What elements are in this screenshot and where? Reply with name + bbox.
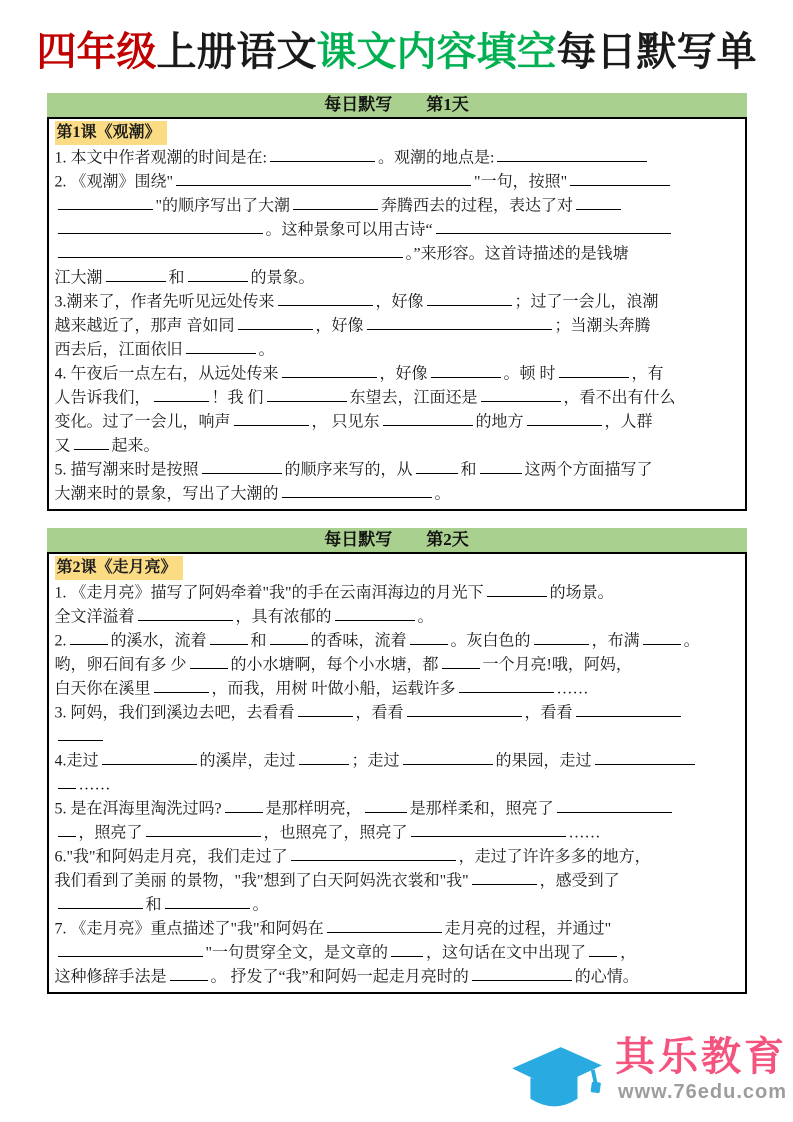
line-text: 的景象。 — [251, 269, 315, 286]
fill-blank — [403, 748, 493, 765]
line-text: 7. 《走月亮》重点描述了"我"和阿妈在 — [55, 920, 324, 937]
line-text: 。”来形容。这首诗描述的是钱塘 — [406, 245, 629, 262]
line-text: 的顺序来写的，从 — [285, 461, 413, 478]
fill-blank — [557, 796, 672, 813]
fill-blank — [270, 145, 375, 162]
fill-blank — [527, 409, 602, 426]
line-text: 。这种景象可以用古诗“ — [266, 221, 433, 238]
fill-blank — [559, 361, 629, 378]
line-text: 奔腾西去的过程，表达了对 — [381, 197, 573, 214]
worksheet-line: 和。 — [55, 892, 739, 916]
worksheet-line — [55, 724, 739, 748]
fill-blank — [595, 748, 695, 765]
worksheet-line: 我们看到了美丽 的景物，"我"想到了白天阿妈洗衣裳和"我"，感受到了 — [55, 868, 739, 892]
title-segment: 每日默写单 — [557, 30, 757, 74]
fill-blank — [298, 700, 353, 717]
line-text: 2. — [55, 632, 67, 649]
fill-blank — [58, 241, 403, 258]
fill-blank — [416, 457, 458, 474]
lesson-title: 第2课《走月亮》 — [55, 556, 183, 580]
worksheet-line: 人告诉我们，！我 们东望去，江面还是，看不出有什么 — [55, 385, 739, 409]
line-text: 变化。过了一会儿，响声 — [55, 413, 231, 430]
sections: 每日默写 第1天第1课《观潮》1. 本文中作者观潮的时间是在:。观潮的地点是:2… — [47, 93, 747, 994]
worksheet-line: 1. 本文中作者观潮的时间是在:。观潮的地点是: — [55, 145, 739, 169]
line-text: 西去后，江面依旧 — [55, 341, 183, 358]
fill-blank — [58, 892, 143, 909]
line-text: 一个月亮!哦，阿妈， — [483, 656, 632, 673]
question-box: 第2课《走月亮》1. 《走月亮》描写了阿妈牵着"我"的手在云南洱海边的月光下的场… — [47, 552, 747, 994]
line-text: 和 — [251, 632, 267, 649]
fill-blank — [570, 169, 670, 186]
line-text: ，人群 — [605, 413, 653, 430]
fill-blank — [176, 169, 471, 186]
line-text: 的溪岸，走过 — [200, 752, 296, 769]
worksheet-line: 7. 《走月亮》重点描述了"我"和阿妈在走月亮的过程，并通过" — [55, 916, 739, 940]
fill-blank — [190, 652, 228, 669]
line-text: "一句贯穿全文，是文章的 — [206, 944, 389, 961]
fill-blank — [202, 457, 282, 474]
fill-blank — [138, 604, 233, 621]
line-text: 和 — [146, 896, 162, 913]
fill-blank — [278, 289, 373, 306]
worksheet-line: 又起来。 — [55, 433, 739, 457]
worksheet-line: 3.潮来了，作者先听见远处传来，好像；过了一会儿，浪潮 — [55, 289, 739, 313]
line-text: ，看看 — [525, 704, 573, 721]
line-text: 是那样明亮， — [266, 800, 362, 817]
fill-blank — [436, 217, 671, 234]
fill-blank — [391, 940, 423, 957]
line-text: ，布满 — [592, 632, 640, 649]
section-header: 每日默写 第2天 — [47, 528, 747, 552]
line-text: 4. 午夜后一点左右，从远处传来 — [55, 365, 279, 382]
fill-blank — [106, 265, 166, 282]
line-text: ，而我，用树 叶做小船，运载许多 — [212, 680, 456, 697]
fill-blank — [58, 820, 76, 837]
graduation-cap-icon — [505, 1038, 609, 1114]
line-text: ， 只见东 — [312, 413, 380, 430]
question-box: 第1课《观潮》1. 本文中作者观潮的时间是在:。观潮的地点是:2. 《观潮》围绕… — [47, 117, 747, 511]
worksheet-line: 大潮来时的景象，写出了大潮的。 — [55, 481, 739, 505]
line-text: ；当潮头奔腾 — [555, 317, 651, 334]
fill-blank — [188, 265, 248, 282]
line-text: ，看不出有什么 — [564, 389, 676, 406]
worksheet-line: 越来越近了，那声 音如同，好像；当潮头奔腾 — [55, 313, 739, 337]
fill-blank — [186, 337, 256, 354]
line-text: ，这句话在文中出现了 — [426, 944, 586, 961]
fill-blank — [225, 796, 263, 813]
worksheet-line: 哟，卵石间有多 少的小水塘啊，每个小水塘，都一个月亮!哦，阿妈， — [55, 652, 739, 676]
worksheet-section: 每日默写 第2天第2课《走月亮》1. 《走月亮》描写了阿妈牵着"我"的手在云南洱… — [47, 528, 747, 994]
fill-blank — [365, 796, 407, 813]
line-text: 3. 阿妈，我们到溪边去吧，去看看 — [55, 704, 295, 721]
line-text: 的地方 — [476, 413, 524, 430]
line-text: ， — [620, 944, 636, 961]
line-text: 越来越近了，那声 音如同 — [55, 317, 235, 334]
fill-blank — [58, 772, 76, 789]
fill-blank — [234, 409, 309, 426]
line-text: 走月亮的过程，并通过" — [445, 920, 612, 937]
line-text: 这两个方面描写了 — [525, 461, 653, 478]
fill-blank — [335, 604, 415, 621]
worksheet-line: 西去后，江面依旧。 — [55, 337, 739, 361]
fill-blank — [589, 940, 617, 957]
worksheet-line: 2. 《观潮》围绕""一句，按照" — [55, 169, 739, 193]
fill-blank — [431, 361, 501, 378]
worksheet-line: 5. 描写潮来时是按照的顺序来写的，从和这两个方面描写了 — [55, 457, 739, 481]
line-text: 和 — [461, 461, 477, 478]
line-text: 人告诉我们， — [55, 389, 151, 406]
line-text: ，走过了许许多多的地方， — [459, 848, 651, 865]
line-text: 我们看到了美丽 的景物，"我"想到了白天阿妈洗衣裳和"我" — [55, 872, 469, 889]
line-text: ；过了一会儿，浪潮 — [515, 293, 659, 310]
line-text: ，有 — [632, 365, 664, 382]
line-text: ，看看 — [356, 704, 404, 721]
line-text: ，具有浓郁的 — [236, 608, 332, 625]
fill-blank — [282, 481, 432, 498]
fill-blank — [291, 844, 456, 861]
line-text: "的顺序写出了大潮 — [156, 197, 291, 214]
line-text: ；走过 — [352, 752, 400, 769]
line-text: 的心情。 — [575, 968, 639, 985]
line-text: …… — [79, 776, 111, 793]
line-text: 2. 《观潮》围绕" — [55, 173, 174, 190]
worksheet-line: "一句贯穿全文，是文章的，这句话在文中出现了， — [55, 940, 739, 964]
line-text: 5. 是在洱海里淘洗过吗? — [55, 800, 222, 817]
fill-blank — [472, 868, 537, 885]
fill-blank — [58, 193, 153, 210]
worksheet-line: 1. 《走月亮》描写了阿妈牵着"我"的手在云南洱海边的月光下的场景。 — [55, 580, 739, 604]
fill-blank — [58, 217, 263, 234]
line-text: ，照亮了 — [79, 824, 143, 841]
fill-blank — [472, 964, 572, 981]
fill-blank — [411, 820, 566, 837]
line-text: ！我 们 — [212, 389, 264, 406]
title-segment: 上册语文 — [157, 30, 317, 74]
section-header: 每日默写 第1天 — [47, 93, 747, 117]
line-text: …… — [569, 824, 601, 841]
line-text: 又 — [55, 437, 71, 454]
fill-blank — [282, 361, 377, 378]
worksheet-line: 全文洋溢着，具有浓郁的。 — [55, 604, 739, 628]
fill-blank — [407, 700, 522, 717]
worksheet-line: 4. 午夜后一点左右，从远处传来，好像。顿 时，有 — [55, 361, 739, 385]
fill-blank — [74, 433, 109, 450]
fill-blank — [238, 313, 313, 330]
fill-blank — [459, 676, 554, 693]
title-segment: 四年级 — [37, 30, 157, 74]
line-text: ，好像 — [316, 317, 364, 334]
line-text: 。 — [684, 632, 700, 649]
worksheet-line: 3. 阿妈，我们到溪边去吧，去看看，看看，看看 — [55, 700, 739, 724]
line-text: 。观潮的地点是: — [378, 149, 494, 166]
line-text: 5. 描写潮来时是按照 — [55, 461, 199, 478]
fill-blank — [497, 145, 647, 162]
fill-blank — [299, 748, 349, 765]
worksheet-line: 这种修辞手法是。 抒发了“我”和阿妈一起走月亮时的的心情。 — [55, 964, 739, 988]
line-text: 1. 《走月亮》描写了阿妈牵着"我"的手在云南洱海边的月光下 — [55, 584, 484, 601]
fill-blank — [70, 628, 108, 645]
fill-blank — [293, 193, 378, 210]
worksheet-section: 每日默写 第1天第1课《观潮》1. 本文中作者观潮的时间是在:。观潮的地点是:2… — [47, 93, 747, 511]
worksheet-line: 5. 是在洱海里淘洗过吗?是那样明亮，是那样柔和，照亮了 — [55, 796, 739, 820]
fill-blank — [576, 700, 681, 717]
fill-blank — [102, 748, 197, 765]
fill-blank — [410, 628, 448, 645]
brand-text-block: 其乐教育 www.76edu.com — [615, 1034, 787, 1104]
fill-blank — [267, 385, 347, 402]
line-text: 的香味，流着 — [311, 632, 407, 649]
line-text: 全文洋溢着 — [55, 608, 135, 625]
fill-blank — [165, 892, 250, 909]
lesson-title-line: 第1课《观潮》 — [55, 121, 739, 145]
worksheet-line: 4.走过的溪岸，走过；走过的果园，走过 — [55, 748, 739, 772]
fill-blank — [576, 193, 621, 210]
worksheet-line: 6."我"和阿妈走月亮，我们走过了，走过了许许多多的地方， — [55, 844, 739, 868]
worksheet-line: …… — [55, 772, 739, 796]
line-text: 大潮来时的景象，写出了大潮的 — [55, 485, 279, 502]
lesson-title: 第1课《观潮》 — [55, 121, 167, 145]
line-text: 东望去，江面还是 — [350, 389, 478, 406]
line-text: 。 — [253, 896, 269, 913]
line-text: ，也照亮了，照亮了 — [264, 824, 408, 841]
brand-name: 其乐教育 — [615, 1034, 787, 1080]
lesson-title-line: 第2课《走月亮》 — [55, 556, 739, 580]
fill-blank — [170, 964, 208, 981]
brand-logo: 其乐教育 www.76edu.com — [505, 1034, 787, 1114]
line-text: 江大潮 — [55, 269, 103, 286]
line-text: 。 — [418, 608, 434, 625]
worksheet-line: 变化。过了一会儿，响声， 只见东的地方，人群 — [55, 409, 739, 433]
fill-blank — [487, 580, 547, 597]
line-text: ，感受到了 — [540, 872, 620, 889]
fill-blank — [210, 628, 248, 645]
worksheet-line: 江大潮和的景象。 — [55, 265, 739, 289]
fill-blank — [146, 820, 261, 837]
line-text: 的小水塘啊，每个小水塘，都 — [231, 656, 439, 673]
worksheet-line: ，照亮了，也照亮了，照亮了…… — [55, 820, 739, 844]
fill-blank — [58, 940, 203, 957]
line-text: 。 — [435, 485, 451, 502]
fill-blank — [534, 628, 589, 645]
fill-blank — [427, 289, 512, 306]
worksheet-line: "的顺序写出了大潮奔腾西去的过程，表达了对 — [55, 193, 739, 217]
line-text: 起来。 — [112, 437, 160, 454]
fill-blank — [643, 628, 681, 645]
fill-blank — [383, 409, 473, 426]
fill-blank — [270, 628, 308, 645]
line-text: 白天你在溪里 — [55, 680, 151, 697]
line-text: 4.走过 — [55, 752, 99, 769]
worksheet-line: 白天你在溪里，而我，用树 叶做小船，运载许多…… — [55, 676, 739, 700]
fill-blank — [442, 652, 480, 669]
line-text: 哟，卵石间有多 少 — [55, 656, 187, 673]
line-text: ，好像 — [380, 365, 428, 382]
brand-url: www.76edu.com — [618, 1080, 787, 1104]
line-text: …… — [557, 680, 589, 697]
line-text: ，好像 — [376, 293, 424, 310]
title-segment: 课文内容填空 — [317, 30, 557, 74]
line-text: 和 — [169, 269, 185, 286]
line-text: 这种修辞手法是 — [55, 968, 167, 985]
line-text: 。 抒发了“我”和阿妈一起走月亮时的 — [211, 968, 469, 985]
line-text: 1. 本文中作者观潮的时间是在: — [55, 149, 267, 166]
fill-blank — [481, 385, 561, 402]
worksheet-line: 。这种景象可以用古诗“ — [55, 217, 739, 241]
fill-blank — [154, 676, 209, 693]
fill-blank — [58, 724, 103, 741]
worksheet-line: 2.的溪水，流着和的香味，流着。灰白色的，布满。 — [55, 628, 739, 652]
line-text: 。灰白色的 — [451, 632, 531, 649]
line-text: 6."我"和阿妈走月亮，我们走过了 — [55, 848, 288, 865]
line-text: 的场景。 — [550, 584, 614, 601]
fill-blank — [327, 916, 442, 933]
page-title: 四年级上册语文课文内容填空每日默写单 — [0, 20, 793, 77]
line-text: 的溪水，流着 — [111, 632, 207, 649]
fill-blank — [367, 313, 552, 330]
line-text: 是那样柔和，照亮了 — [410, 800, 554, 817]
line-text: 3.潮来了，作者先听见远处传来 — [55, 293, 275, 310]
fill-blank — [480, 457, 522, 474]
line-text: "一句，按照" — [474, 173, 567, 190]
fill-blank — [154, 385, 209, 402]
line-text: 。 — [259, 341, 275, 358]
worksheet-line: 。”来形容。这首诗描述的是钱塘 — [55, 241, 739, 265]
line-text: 的果园，走过 — [496, 752, 592, 769]
line-text: 。顿 时 — [504, 365, 556, 382]
